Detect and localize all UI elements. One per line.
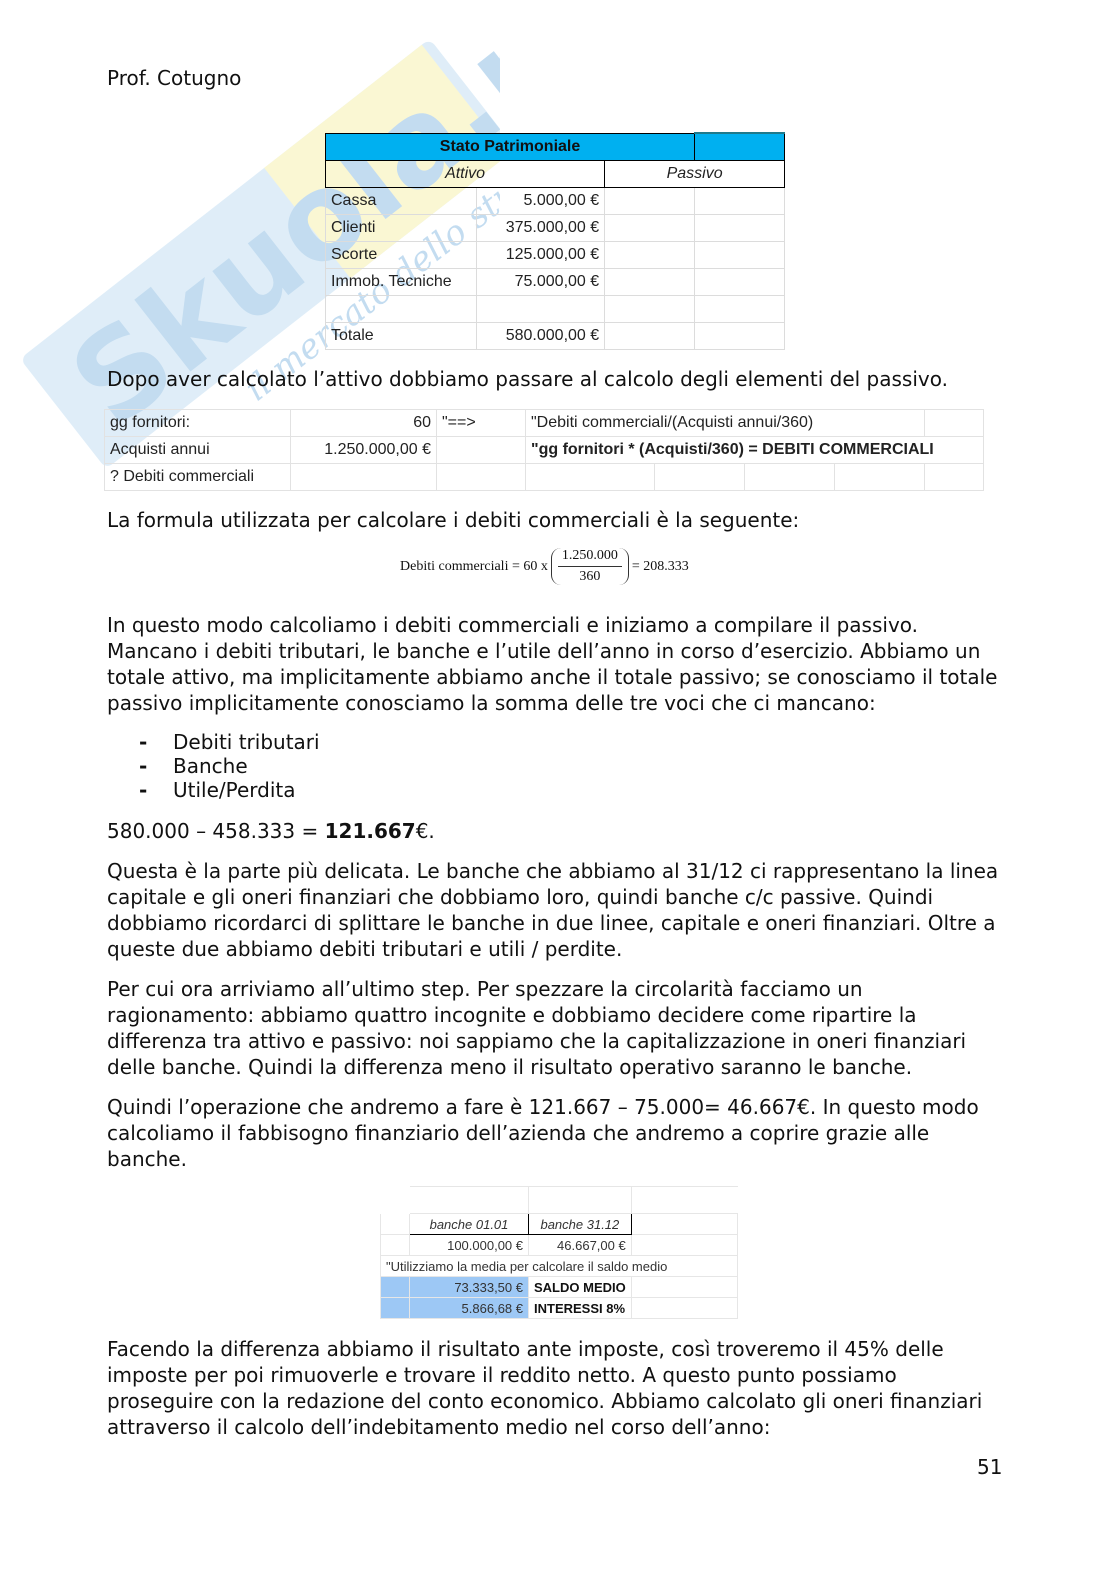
value-banche-0101: 100.000,00 € [410, 1235, 529, 1256]
table-title-ext [695, 133, 785, 161]
table-row: Acquisti annui 1.250.000,00 € "gg fornit… [105, 437, 984, 464]
value-banche-3112: 46.667,00 € [529, 1235, 632, 1256]
table-row: Cassa 5.000,00 € [326, 188, 785, 215]
row-value: 1.250.000,00 € [291, 437, 437, 464]
table-row: Clienti 375.000,00 € [326, 215, 785, 242]
calc-expression: 580.000 – 458.333 = [107, 819, 325, 843]
empty-cell [381, 1214, 410, 1235]
bullet-dash: - [107, 778, 173, 802]
table-row: Scorte 125.000,00 € [326, 242, 785, 269]
table-row [326, 296, 785, 323]
formula-lhs: Debiti commerciali = 60 x [400, 559, 548, 575]
row-value: 580.000,00 € [476, 323, 605, 350]
row-arrow [437, 437, 526, 464]
empty-cell [695, 242, 785, 269]
interessi-value: 5.866,68 € [410, 1298, 529, 1319]
row-value [476, 296, 605, 323]
row-label: Scorte [326, 242, 477, 269]
calc-result: 121.667 [325, 819, 416, 843]
bullet-dash: - [107, 754, 173, 778]
table-title: Stato Patrimoniale [326, 133, 695, 161]
header-banche-0101: banche 01.01 [410, 1214, 529, 1235]
empty-cell [381, 1235, 410, 1256]
col-passivo: Passivo [605, 161, 785, 188]
calculation-line: 580.000 – 458.333 = 121.667€. [107, 818, 1007, 844]
header-banche-3112: banche 31.12 [529, 1214, 632, 1235]
list-item: -Debiti tributari [107, 730, 320, 754]
empty-cell [529, 1187, 632, 1214]
empty-cell [695, 323, 785, 350]
page-number: 51 [977, 1455, 1002, 1479]
table-row-total: Totale 580.000,00 € [326, 323, 785, 350]
formula-fraction: 1.250.000 360 [551, 548, 629, 585]
calc-suffix: €. [416, 819, 435, 843]
list-item-text: Utile/Perdita [173, 778, 296, 802]
row-arrow [437, 464, 526, 491]
table-row: ? Debiti commerciali [105, 464, 984, 491]
gg-fornitori-table: gg fornitori: 60 "==> "Debiti commercial… [104, 409, 984, 491]
paragraph-banche: Questa è la parte più delicata. Le banch… [107, 858, 1007, 962]
row-arrow: "==> [437, 410, 526, 437]
row-label: gg fornitori: [105, 410, 291, 437]
row-value: 5.000,00 € [476, 188, 605, 215]
row-label: Immob. Tecniche [326, 269, 477, 296]
row-note-bold: "gg fornitori * (Acquisti/360) = DEBITI … [526, 437, 984, 464]
row-label: Totale [326, 323, 477, 350]
empty-cell [410, 1187, 529, 1214]
empty-cell [745, 464, 835, 491]
empty-cell [605, 323, 695, 350]
document-page: Skuola.net il mercato dello studente Pro… [0, 0, 1116, 1579]
empty-cell [695, 269, 785, 296]
empty-cell [695, 215, 785, 242]
paragraph-circolarita: Per cui ora arriviamo all’ultimo step. P… [107, 976, 1007, 1080]
paragraph-conto-economico: Facendo la differenza abbiamo il risulta… [107, 1336, 1007, 1440]
col-attivo: Attivo [326, 161, 605, 188]
paragraph-passivo: In questo modo calcoliamo i debiti comme… [107, 612, 1007, 716]
empty-cell [925, 464, 984, 491]
empty-cell [605, 188, 695, 215]
row-value: 75.000,00 € [476, 269, 605, 296]
paragraph-intro-passivo: Dopo aver calcolato l’attivo dobbiamo pa… [107, 366, 1007, 392]
row-label: ? Debiti commerciali [105, 464, 291, 491]
banche-table: banche 01.01 banche 31.12 100.000,00 € 4… [380, 1186, 738, 1319]
empty-cell [631, 1298, 737, 1319]
stato-patrimoniale-table: Stato Patrimoniale Attivo Passivo Cassa … [325, 132, 785, 350]
row-note: "Debiti commerciali/(Acquisti annui/360) [526, 410, 925, 437]
empty-cell [631, 1214, 737, 1235]
list-item: -Banche [107, 754, 320, 778]
formula-rhs: = 208.333 [632, 559, 689, 575]
row-label: Acquisti annui [105, 437, 291, 464]
header-author: Prof. Cotugno [107, 66, 241, 90]
empty-cell [631, 1187, 737, 1214]
empty-cell [925, 410, 984, 437]
interessi-label: INTERESSI 8% [529, 1298, 632, 1319]
row-label: Cassa [326, 188, 477, 215]
list-item: -Utile/Perdita [107, 778, 320, 802]
note-media: "Utilizziamo la media per calcolare il s… [381, 1256, 738, 1277]
row-value [291, 464, 437, 491]
row-value: 60 [291, 410, 437, 437]
row-label [326, 296, 477, 323]
empty-cell [695, 296, 785, 323]
empty-cell [381, 1187, 410, 1214]
list-item-text: Debiti tributari [173, 730, 320, 754]
empty-cell [655, 464, 745, 491]
highlight-cell [381, 1298, 410, 1319]
empty-cell [605, 215, 695, 242]
highlight-cell [381, 1277, 410, 1298]
formula-denominator: 360 [579, 567, 600, 585]
empty-cell [605, 296, 695, 323]
saldo-medio-value: 73.333,50 € [410, 1277, 529, 1298]
empty-cell [605, 242, 695, 269]
empty-cell [835, 464, 925, 491]
empty-cell [631, 1277, 737, 1298]
empty-cell [605, 269, 695, 296]
saldo-medio-label: SALDO MEDIO [529, 1277, 632, 1298]
row-value: 125.000,00 € [476, 242, 605, 269]
empty-cell [526, 464, 655, 491]
table-row: gg fornitori: 60 "==> "Debiti commercial… [105, 410, 984, 437]
paragraph-formula-intro: La formula utilizzata per calcolare i de… [107, 507, 1007, 533]
formula-numerator: 1.250.000 [558, 548, 622, 567]
row-label: Clienti [326, 215, 477, 242]
paragraph-fabbisogno: Quindi l’operazione che andremo a fare è… [107, 1094, 1007, 1172]
row-value: 375.000,00 € [476, 215, 605, 242]
empty-cell [631, 1235, 737, 1256]
formula-debiti-commerciali: Debiti commerciali = 60 x 1.250.000 360 … [400, 548, 689, 585]
missing-items-list: -Debiti tributari -Banche -Utile/Perdita [107, 730, 320, 802]
list-item-text: Banche [173, 754, 248, 778]
bullet-dash: - [107, 730, 173, 754]
empty-cell [695, 188, 785, 215]
table-row: Immob. Tecniche 75.000,00 € [326, 269, 785, 296]
